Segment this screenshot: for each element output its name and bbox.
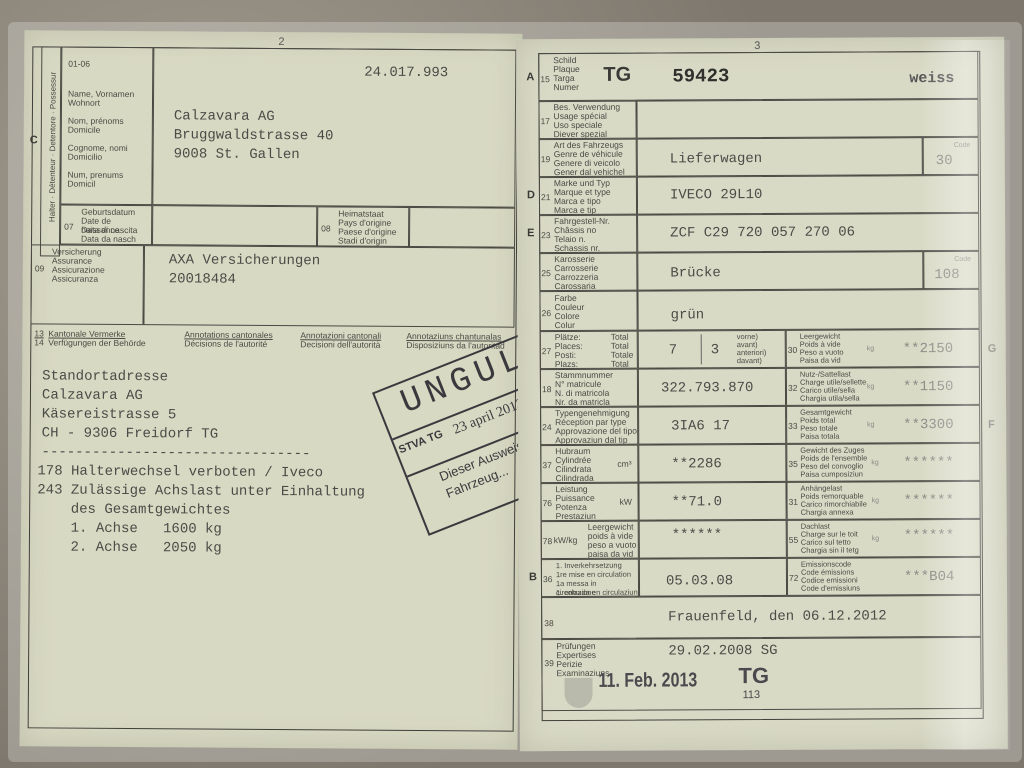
unit-label: kg	[867, 382, 874, 391]
body-value: Brücke	[670, 265, 721, 281]
side-letter: A	[526, 71, 534, 83]
field-label: Gener dal vehichel	[554, 168, 625, 177]
place-date-value: Frauenfeld, den 06.12.2012	[668, 608, 887, 625]
side-letter: C	[30, 134, 38, 146]
field-label: Numer	[553, 83, 579, 92]
annotation-line: des Gesamtgewichtes	[37, 501, 230, 518]
field-code: 23	[541, 230, 551, 240]
annotation-code: 14	[34, 338, 44, 347]
body-value-cell: Brücke	[637, 251, 923, 290]
color-value: grün	[671, 307, 705, 323]
unit-label: cm³	[617, 460, 631, 469]
unit-label: kW	[620, 498, 632, 507]
field-code: 37	[542, 460, 552, 470]
special-use-label-cell: 17 Bes. Verwendung Usage spécial Uso spe…	[538, 101, 636, 140]
vehicle-type-value: Lieferwagen	[670, 151, 763, 167]
field-code: 19	[541, 154, 551, 164]
field-code: 18	[542, 384, 552, 394]
field-label: Paisa da vid	[800, 356, 841, 365]
field-label: Approvaziun dal tip	[555, 436, 627, 445]
vehicle-type-label-cell: 19 Art des Fahrzeugs Genre de véhicule G…	[539, 139, 637, 178]
displacement-value: **2286	[671, 456, 722, 472]
field-code: 31	[789, 497, 799, 507]
annotation-it: Decisioni dell'autorità	[300, 340, 380, 350]
field-code: 38	[544, 618, 554, 628]
holder-labels-cell: 01-06 Name, Vornamen Wohnort Nom, prénom…	[60, 47, 153, 206]
annotation-line: Standortadresse	[42, 368, 168, 385]
inspection-stamp-date: 11. Feb. 2013	[598, 669, 697, 693]
inspection-stamp-number: 113	[743, 689, 761, 701]
vehicle-type-value-cell: Lieferwagen	[637, 137, 923, 176]
holder-street: Bruggwaldstrasse 40	[174, 127, 334, 144]
field-label: Paisa totala	[800, 432, 839, 441]
form-code: 01-06	[68, 60, 90, 69]
side-letter: B	[529, 571, 537, 583]
insurance-number: 20018484	[169, 271, 236, 287]
birthdate-value-cell	[152, 205, 317, 246]
chassis-label-cell: 23 Fahrgestell-Nr. Châssis no Telaio n. …	[539, 215, 637, 254]
left-page: 2 C Halter · Détenteur · Detentore · Pos…	[20, 30, 523, 749]
field-label: Code d'emissiuns	[801, 583, 860, 592]
field-code: 26	[542, 308, 552, 318]
field-label: Total	[611, 360, 629, 369]
side-letter: D	[527, 189, 535, 201]
field-label: paisa da vid	[588, 550, 633, 559]
plate-number: 59423	[672, 65, 729, 87]
annotation-line: 2. Achse 2050 kg	[37, 539, 222, 556]
annotation-de: Verfügungen der Behörde	[48, 338, 145, 348]
holder-label: Domicil	[67, 180, 95, 189]
origin-value-cell	[409, 207, 515, 248]
annotation-line: 243 Zulässige Achslast unter Einhaltung	[37, 482, 365, 500]
field-code: 78	[543, 536, 553, 546]
plate-canton: TG	[603, 64, 631, 87]
type-approval-value-cell: 3IA6 17	[638, 406, 786, 445]
power-value-cell: **71.0	[638, 482, 786, 521]
holder-label: Domicilio	[68, 153, 103, 162]
page-number: 2	[278, 36, 284, 48]
first-registration-value-cell: 05.03.08	[639, 558, 787, 597]
power-weight-value: ******	[672, 527, 723, 543]
field-label: Marca e tip	[554, 206, 596, 215]
unit-label: kg	[872, 496, 879, 505]
annotation-line: 178 Halterwechsel verboten / Iveco	[37, 463, 323, 481]
annotation-line: CH - 9306 Freidorf TG	[42, 425, 219, 442]
seats-label-cell: 27 Plätze: Places: Posti: Plazs: Total T…	[540, 331, 638, 370]
body-label-cell: 25 Karosserie Carrosserie Carrozzeria Ca…	[539, 253, 637, 292]
annotations-header: 13 14 Kantonale Vermerke Verfügungen der…	[34, 329, 514, 356]
displacement-value-cell: **2286	[638, 444, 786, 483]
power-weight-label-cell: 78 kW/kg Leergewicht poids à vide peso a…	[541, 521, 639, 560]
field-label: 1re mise en circulation	[556, 570, 631, 579]
type-approval-label-cell: 24 Typengenehmigung Réception par type A…	[540, 407, 638, 446]
annotation-divider: --------------------------------	[42, 444, 311, 462]
field-code: 09	[35, 263, 45, 273]
holder-label: Domicile	[68, 126, 101, 135]
field-code: 30	[788, 345, 798, 355]
first-registration-label-cell: 36 1. Inverkehrsetzung 1re mise en circu…	[541, 559, 639, 598]
field-label: 1. entrada en circulaziun	[556, 588, 638, 597]
place-date-row: 38 Frauenfeld, den 06.12.2012	[541, 595, 981, 639]
annotation-line: 1. Achse 1600 kg	[37, 520, 222, 537]
document-number: 24.017.993	[364, 65, 448, 82]
power-weight-value-cell: ******	[639, 520, 787, 559]
field-label: 1. Inverkehrsetzung	[556, 561, 622, 570]
unit-label: kg	[867, 420, 874, 429]
field-label: Chargia annexa	[801, 508, 854, 517]
coat-of-arms-icon	[564, 678, 592, 708]
power-label-cell: 76 Leistung Puissance Potenza Prestaziun…	[540, 483, 638, 522]
field-label: Carossaria	[554, 282, 595, 291]
birthdate-label-cell: 07 Geburtsdatum Date de naissance Data d…	[60, 205, 152, 246]
unit-label: kg	[871, 458, 878, 467]
insurance-label-cell: 09 Versicherung Assurance Assicurazione …	[30, 244, 144, 325]
seats-total: 7	[669, 342, 677, 358]
insurance-value-cell: AXA Versicherungen 20018484	[143, 245, 515, 328]
unit-label: kg	[872, 534, 879, 543]
field-code: 15	[540, 74, 550, 84]
field-code: 17	[541, 116, 551, 126]
holder-vertical-cell: Halter · Détenteur · Detentore · Possess…	[40, 46, 61, 256]
origin-label-cell: 08 Heimatstaat Pays d'origine Paese d'or…	[317, 206, 409, 247]
inspection-value: 29.02.2008 SG	[668, 643, 777, 660]
chassis-value: ZCF C29 720 057 270 06	[670, 225, 855, 242]
sleeve-glare	[920, 40, 1010, 750]
field-label: Plazs:	[555, 360, 578, 369]
field-label: Diever spezial	[554, 130, 607, 139]
field-label: Chargia utila/sella	[800, 393, 860, 402]
field-label: Assicuranza	[52, 274, 98, 283]
field-code: 21	[541, 192, 551, 202]
field-code: 36	[543, 574, 553, 584]
field-label: Prestaziun	[556, 512, 596, 521]
holder-vertical-label: Halter · Détenteur · Detentore · Possess…	[48, 52, 58, 242]
make-model-label-cell: 21 Marke und Typ Marque et type Marca e …	[539, 177, 637, 216]
field-label: Schassis nr.	[554, 244, 600, 253]
inspections-row: 39 Prüfungen Expertises Perizie Examinaz…	[541, 637, 981, 711]
seats-front: 3	[711, 342, 719, 358]
field-code: 32	[788, 383, 798, 393]
make-model-value: IVECO 29L10	[670, 187, 763, 203]
holder-city: 9008 St. Gallen	[174, 146, 300, 163]
field-code: 76	[543, 498, 553, 508]
field-code: 07	[64, 222, 74, 232]
unit-label: kg	[867, 344, 874, 353]
page-number: 3	[754, 40, 760, 52]
field-label: Colur	[555, 321, 575, 330]
field-code: 33	[788, 421, 798, 431]
field-code: 25	[541, 268, 551, 278]
type-approval-value: 3IA6 17	[671, 418, 730, 434]
plate-row: 15 Schild Plaque Targa Numer TG 59423 we…	[538, 51, 978, 101]
side-letter: E	[527, 227, 534, 239]
seats-value-cell: 7 3 vorne) avant) anteriori) davant)	[638, 330, 786, 369]
annotation-line: Käsereistrasse 5	[42, 406, 177, 423]
power-value: **71.0	[672, 494, 723, 510]
field-code: 55	[789, 535, 799, 545]
annotation-fr: Décisions de l'autorité	[184, 339, 267, 349]
field-code: 24	[542, 422, 552, 432]
insurer-name: AXA Versicherungen	[169, 252, 320, 269]
inspection-stamp-canton: TG	[738, 663, 769, 689]
unit-label: kW/kg	[554, 536, 578, 545]
field-code: 27	[542, 346, 552, 356]
field-code: 08	[321, 223, 331, 233]
annotation-line: Calzavara AG	[42, 387, 143, 404]
field-label: Chargia sin il tetg	[801, 545, 859, 554]
color-label-cell: 26 Farbe Couleur Colore Colur	[539, 291, 637, 332]
stamp-side: STVA TG	[397, 428, 445, 456]
field-label: Nr. da matricla	[555, 398, 610, 407]
matricule-value-cell: 322.793.870	[638, 368, 786, 407]
holder-label: Wohnort	[68, 99, 100, 108]
field-code: 39	[544, 658, 554, 668]
displacement-label-cell: 37 Hubraum Cylindrée Cilindrata Cilindra…	[540, 445, 638, 484]
matricule-value: 322.793.870	[661, 380, 754, 396]
bracket	[701, 334, 702, 364]
field-code: 72	[789, 573, 799, 583]
holder-value-cell: 24.017.993 Calzavara AG Bruggwaldstrasse…	[152, 47, 516, 208]
field-label: Cilindrada	[555, 474, 593, 483]
field-label: davant)	[737, 356, 762, 365]
matricule-label-cell: 18 Stammnummer N° matricule N. di matric…	[540, 369, 638, 408]
field-label: Paisa cumposiziun	[800, 469, 863, 478]
field-code: 35	[788, 459, 798, 469]
field-label: Data da nasch	[81, 235, 136, 244]
first-registration-value: 05.03.08	[666, 573, 733, 589]
field-label: Stadi d'origin	[338, 236, 387, 245]
holder-name: Calzavara AG	[174, 108, 275, 125]
